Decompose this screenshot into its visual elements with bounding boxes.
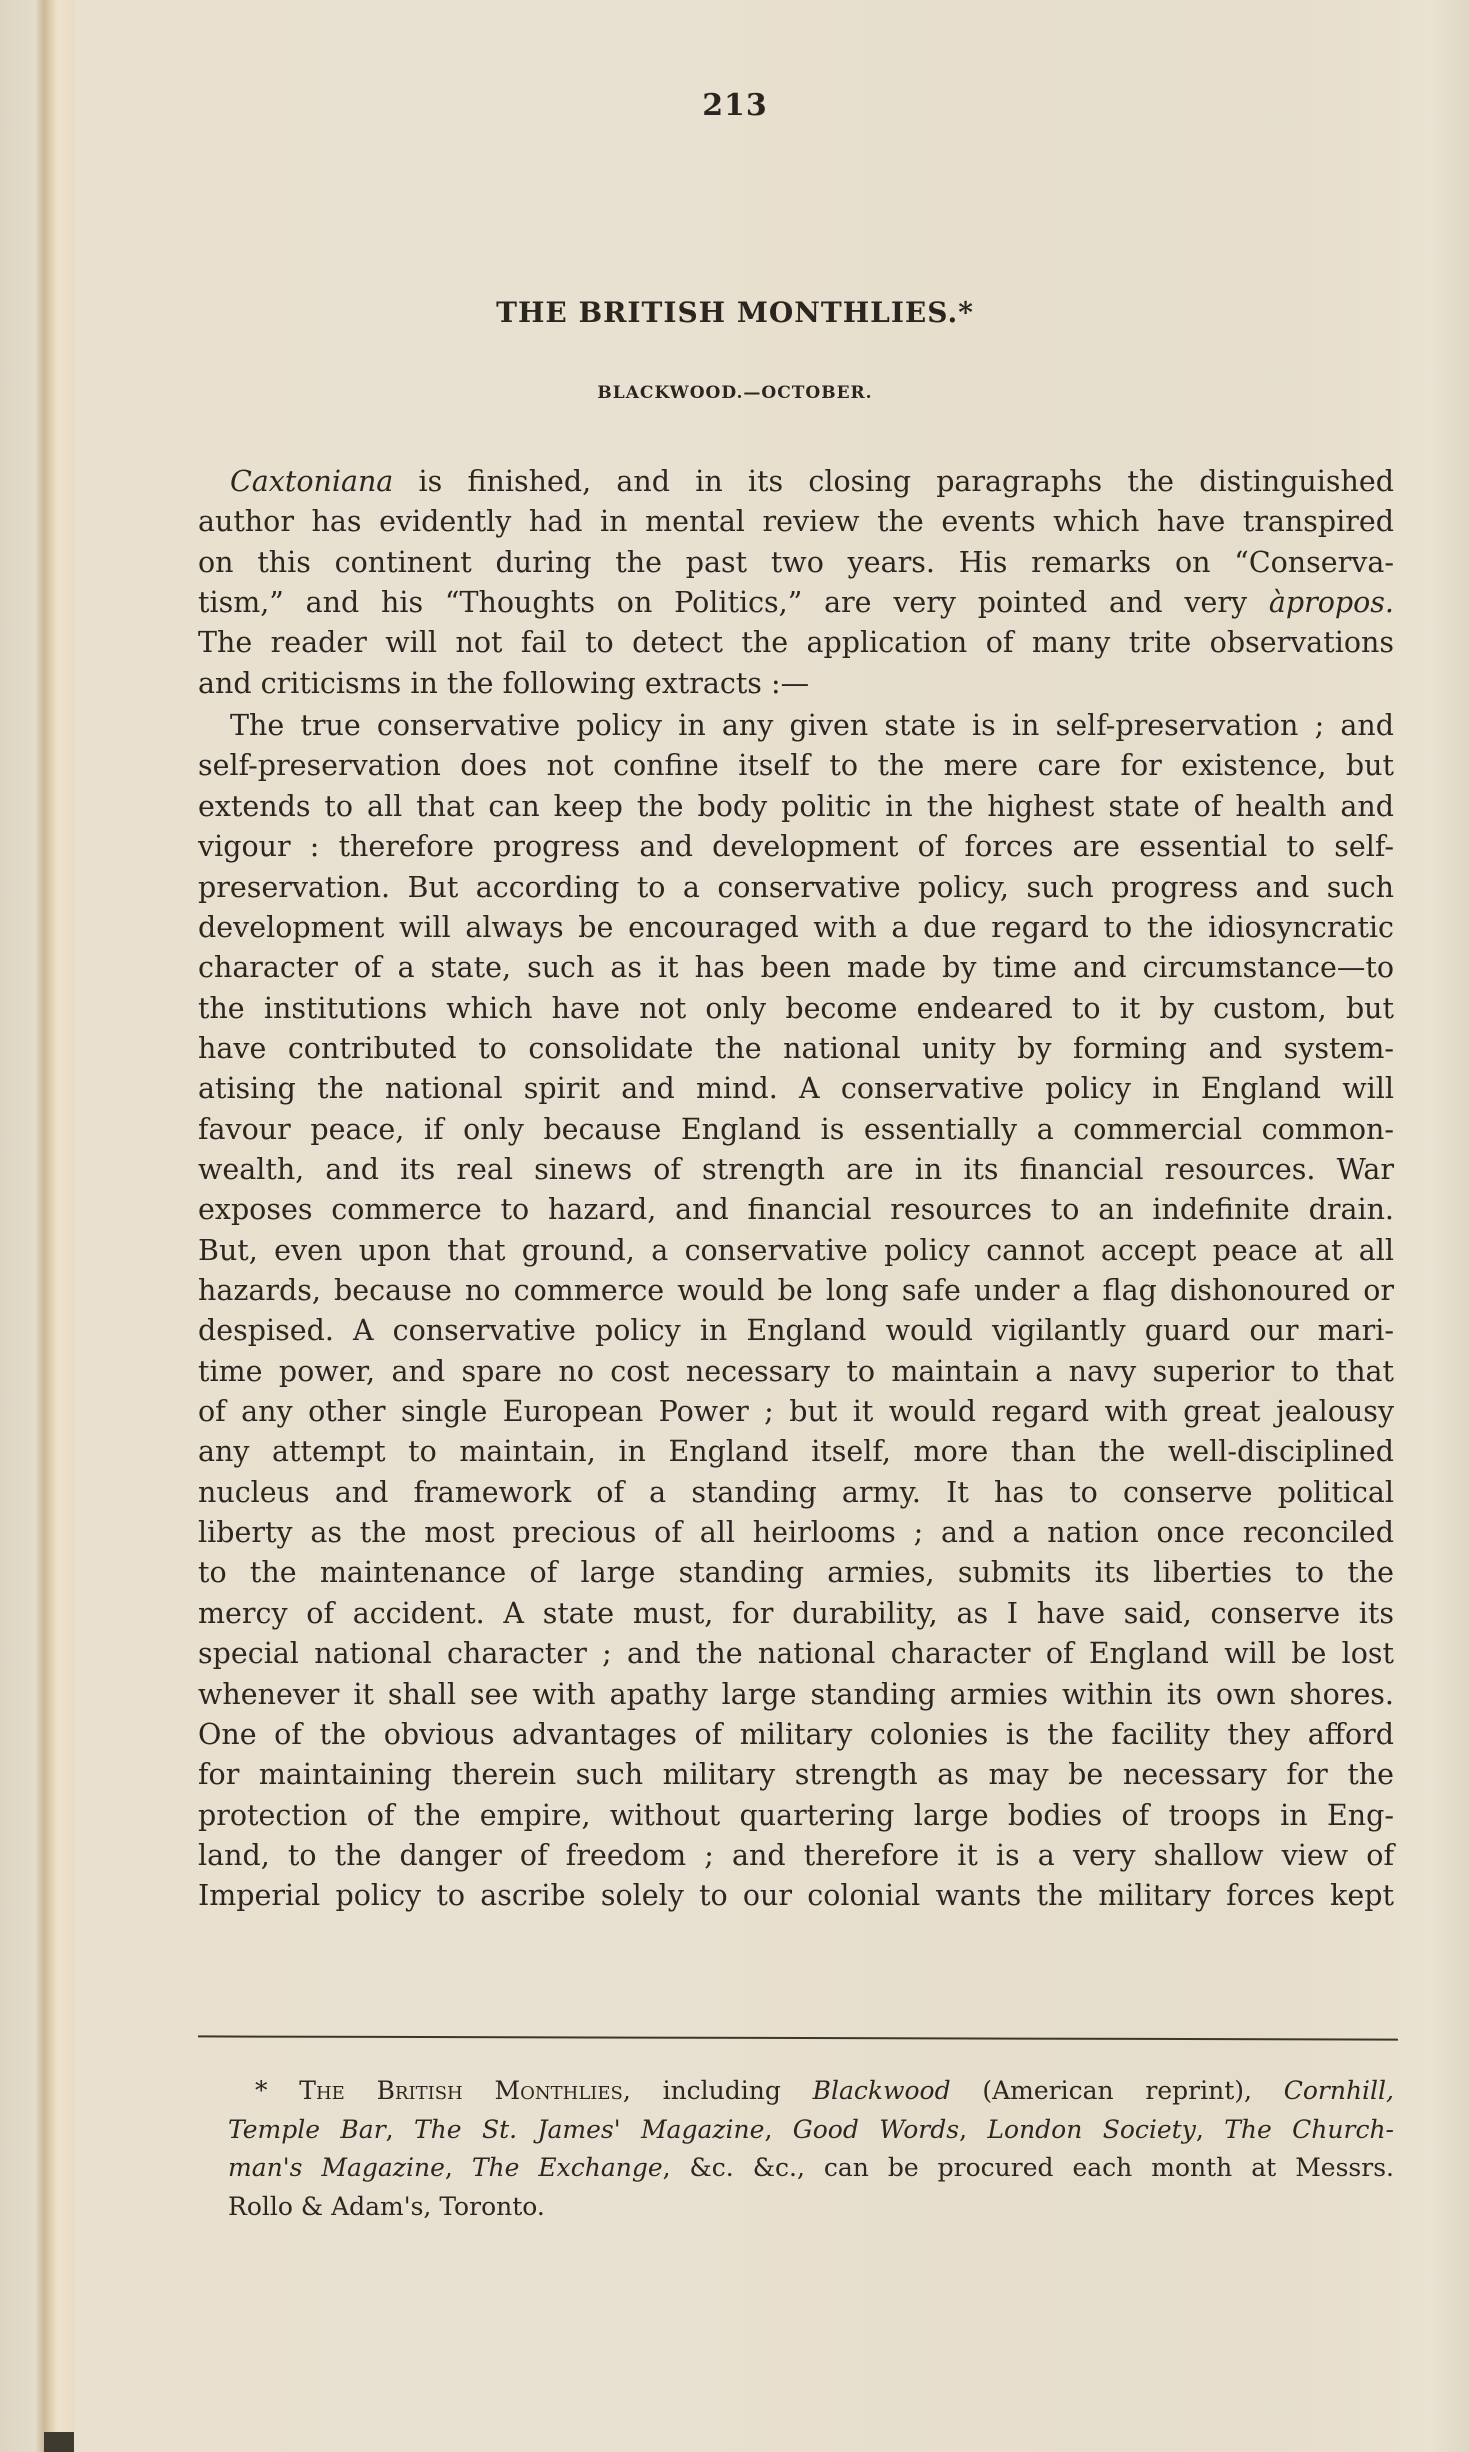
text-run: and criticisms in the following extracts… [198,667,809,700]
italic-text: Cornhill, [1284,2076,1394,2105]
quote-line: favour peace, if only because England is… [198,1110,1394,1150]
footnote-line: Temple Bar, The St. James' Magazine, Goo… [228,2112,1394,2148]
quote-line: atising the national spirit and mind. A … [198,1069,1394,1109]
italic-text: Caxtoniana [230,465,393,498]
text-run: tism,” and his “Thoughts on Politics,” a… [198,586,1269,619]
intro-line: on this continent during the past two ye… [198,543,1394,583]
italic-text: Blackwood [813,2076,951,2105]
quote-line: But, even upon that ground, a conservati… [198,1231,1394,1271]
quote-line: extends to all that can keep the body po… [198,787,1394,827]
quote-line: have contributed to consolidate the nati… [198,1029,1394,1069]
text-run: , [386,2115,414,2144]
quote-line: self-preservation does not confine itsel… [198,746,1394,786]
small-caps-text: The British Monthlies [299,2076,623,2105]
book-binding-fold [44,0,74,2452]
text-run: , [445,2153,472,2182]
adjacent-page-edge [0,0,44,2452]
text-run: , [764,2115,792,2144]
quote-line: any attempt to maintain, in England itse… [198,1432,1394,1472]
italic-text: man's Magazine [228,2153,445,2182]
intro-line: Caxtoniana is finished, and in its closi… [230,462,1394,502]
italic-text: The Church- [1224,2115,1394,2144]
text-run: , including [623,2076,813,2105]
quote-line: mercy of accident. A state must, for dur… [198,1594,1394,1634]
quote-line: vigour : therefore progress and developm… [198,827,1394,867]
quote-line: the institutions which have not only bec… [198,989,1394,1029]
footnote-line: man's Magazine, The Exchange, &c. &c., c… [228,2150,1394,2186]
text-run: Rollo & Adam's, Toronto. [228,2192,545,2221]
italic-text: The Exchange [472,2153,663,2182]
quote-line: nucleus and framework of a standing army… [198,1473,1394,1513]
quote-line: special national character ; and the nat… [198,1634,1394,1674]
italic-text: The St. James' Magazine [414,2115,764,2144]
quote-line: time power, and spare no cost necessary … [198,1352,1394,1392]
italic-text: Good Words [793,2115,959,2144]
text-run: , [1196,2115,1224,2144]
text-run: The reader will not fail to detect the a… [198,626,1394,659]
text-run: is finished, and in its closing paragrap… [393,465,1394,498]
text-run: author has evidently had in mental revie… [198,505,1394,538]
footnote-line: * The British Monthlies, including Black… [255,2073,1394,2109]
quote-line: The true conservative policy in any give… [230,706,1394,746]
footnote-line: Rollo & Adam's, Toronto. [228,2189,1394,2225]
quote-line: to the maintenance of large standing arm… [198,1553,1394,1593]
text-run: , &c. &c., can be procured each month at… [663,2153,1394,2182]
quote-line: despised. A conservative policy in Engla… [198,1311,1394,1351]
intro-line: and criticisms in the following extracts… [198,664,1394,704]
text-run: , [959,2115,987,2144]
quote-line: land, to the danger of freedom ; and the… [198,1836,1394,1876]
quote-line: of any other single European Power ; but… [198,1392,1394,1432]
page-edge-shading [1430,0,1470,2452]
text-run: on this continent during the past two ye… [198,546,1394,579]
text-run: * [255,2076,299,2105]
quote-line: Imperial policy to ascribe solely to our… [198,1876,1394,1916]
italic-text: London Society [987,2115,1195,2144]
quote-line: character of a state, such as it has bee… [198,948,1394,988]
quote-line: One of the obvious advantages of militar… [198,1715,1394,1755]
article-title: THE BRITISH MONTHLIES.* [0,296,1470,329]
quote-line: whenever it shall see with apathy large … [198,1675,1394,1715]
quote-line: exposes commerce to hazard, and financia… [198,1190,1394,1230]
intro-line: The reader will not fail to detect the a… [198,623,1394,663]
quote-line: protection of the empire, without quarte… [198,1796,1394,1836]
italic-text: Temple Bar [228,2115,386,2144]
text-run: (American reprint), [951,2076,1284,2105]
quote-line: hazards, because no commerce would be lo… [198,1271,1394,1311]
quote-line: liberty as the most precious of all heir… [198,1513,1394,1553]
quote-line: development will always be encouraged wi… [198,908,1394,948]
page-number: 213 [0,88,1470,123]
article-subtitle: BLACKWOOD.—OCTOBER. [0,383,1470,403]
quote-line: for maintaining therein such military st… [198,1755,1394,1795]
intro-line: tism,” and his “Thoughts on Politics,” a… [198,583,1394,623]
binding-corner-shadow [44,2432,74,2452]
intro-line: author has evidently had in mental revie… [198,502,1394,542]
quote-line: wealth, and its real sinews of strength … [198,1150,1394,1190]
italic-text: àpropos. [1269,586,1394,619]
quote-line: preservation. But according to a conserv… [198,868,1394,908]
